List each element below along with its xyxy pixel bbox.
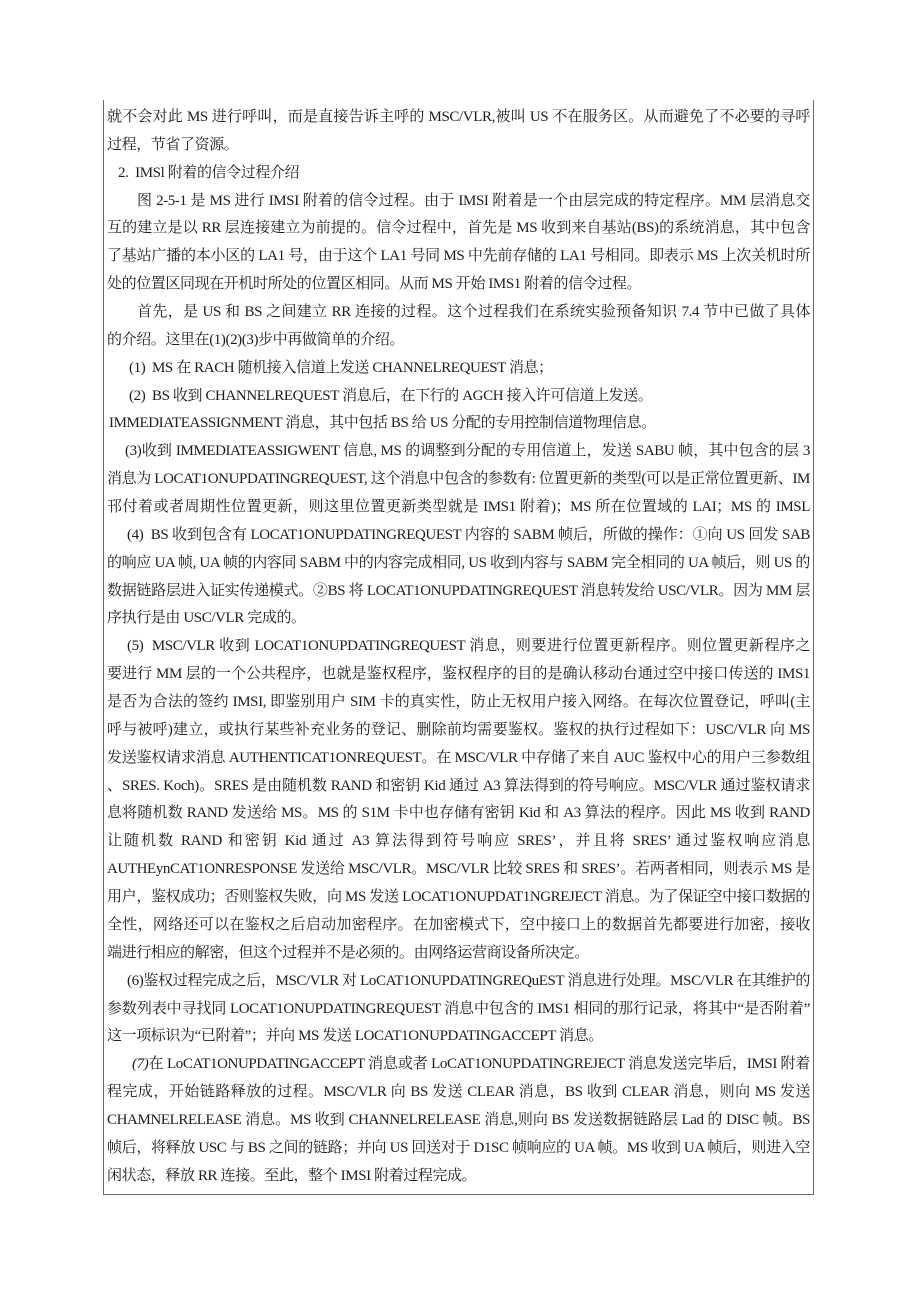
document-text: 就不会对此 MS 进行呼叫，而是直接告诉主呼的 MSC/VLR,被叫 US 不在… <box>107 104 810 1191</box>
text-line: 图 2-5-1 是 MS 进行 IMSI 附着的信令过程。由于 IMSI 附着是… <box>107 188 810 216</box>
text-line: 数据链路层进入证实传递模式。②BS 将 LOCAT1ONUPDATINGREQU… <box>107 578 810 606</box>
text-line: 发送鉴权请求消息 AUTHENTICAT1ONREQUEST。在 MSC/VLR… <box>107 745 810 773</box>
table-cell: 就不会对此 MS 进行呼叫，而是直接告诉主呼的 MSC/VLR,被叫 US 不在… <box>103 100 814 1195</box>
text-line: (1) MS 在 RACH 随机接入信道上发送 CHANNELREQUEST 消… <box>107 355 810 383</box>
text-line: 、SRES. Koch)。SRES 是由随机数 RAND 和密钥 Kid 通过 … <box>107 773 810 801</box>
text-line: 邗付着或者周期性位置更新，则这里位置更新类型就是 IMS1 附着)；MS 所在位… <box>107 494 810 522</box>
text-line: 全性，网络还可以在鉴权之后启动加密程序。在加密模式下，空中接口上的数据首先都要进… <box>107 912 810 940</box>
text-line: IMMEDIATEASSIGNMENT 消息，其中包括 BS 给 US 分配的专… <box>107 410 810 438</box>
text-line: (3)收到 IMMEDIATEASSIGWENT 信息, MS 的调整到分配的专… <box>107 438 810 466</box>
text-line: 这一项标识为“已附着”；并向 MS 发送 LOCAT1ONUPDATINGACC… <box>107 1023 810 1051</box>
text-line: 处的位置区同现在开机时所处的位置区相同。从而 MS 开始 IMS1 附着的信令过… <box>107 271 810 299</box>
text-line: 帧后，将释放 USC 与 BS 之间的链路；并向 US 回送对于 D1SC 帧响… <box>107 1135 810 1163</box>
text-line: 了基站广播的本小区的 LA1 号，由于这个 LA1 号同 MS 中先前存储的 L… <box>107 243 810 271</box>
text-line: 息将随机数 RAND 发送给 MS。MS 的 S1M 卡中也存储有密钥 Kid … <box>107 800 810 828</box>
text-line: (5) MSC/VLR 收到 LOCAT1ONUPDATINGREQUEST 消… <box>107 633 810 661</box>
text-line: 端进行相应的解密，但这个过程并不是必须的。由网络运营商设备所决定。 <box>107 940 810 968</box>
text-line: 序执行是由 USC/VLR 完成的。 <box>107 605 810 633</box>
text-line: (4) BS 收到包含有 LOCAT1ONUPDATINGREQUEST 内容的… <box>107 522 810 550</box>
text-line: 程完成，开始链路释放的过程。MSC/VLR 向 BS 发送 CLEAR 消息，B… <box>107 1079 810 1107</box>
text-line: 用户，鉴权成功；否则鉴权失败，向 MS 发送 LOCAT1ONUPDAT1NGR… <box>107 884 810 912</box>
text-line: 闲状态，释放 RR 连接。至此，整个 IMSI 附着过程完成。 <box>107 1163 810 1191</box>
text-line: CHAMNELRELEASE 消息。MS 收到 CHANNELRELEASE 消… <box>107 1107 810 1135</box>
italic-item-number: (7) <box>132 1056 148 1072</box>
text-line: 参数列表中寻找同 LOCAT1ONUPDATINGREQUEST 消息中包含的 … <box>107 996 810 1024</box>
text-line: (7)在 LoCAT1ONUPDATINGACCEPT 消息或者 LoCAT1O… <box>107 1051 810 1079</box>
text-line: (6)鉴权过程完成之后，MSC/VLR 对 LoCAT1ONUPDATINGRE… <box>107 968 810 996</box>
text-line: 就不会对此 MS 进行呼叫，而是直接告诉主呼的 MSC/VLR,被叫 US 不在… <box>107 104 810 132</box>
text-line: 的响应 UA 帧, UA 帧的内容同 SABM 中的内容完成相同, US 收到内… <box>107 550 810 578</box>
text-line: 是否为合法的签约 IMSI, 即鉴别用户 SIM 卡的真实性，防止无权用户接入网… <box>107 689 810 717</box>
text-line: 消息为 LOCAT1ONUPDATINGREQUEST, 这个消息中包含的参数有… <box>107 466 810 494</box>
text-line: 过程，节省了资源。 <box>107 132 810 160</box>
text-line: 互的建立是以 RR 层连接建立为前提的。信令过程中，首先是 MS 收到来自基站(… <box>107 215 810 243</box>
section-heading: 2. IMSl 附着的信令过程介绍 <box>107 160 810 188</box>
text-line: 要进行 MM 层的一个公共程序，也就是鉴权程序，鉴权程序的目的是确认移动台通过空… <box>107 661 810 689</box>
text-line: (2) BS 收到 CHANNELREQUEST 消息后，在下行的 AGCH 接… <box>107 383 810 411</box>
text-line: 的介绍。这里在(1)(2)(3)步中再做简单的介绍。 <box>107 327 810 355</box>
text-line: 呼与被呼)建立，或执行某些补充业务的登记、删除前均需要鉴权。鉴权的执行过程如下：… <box>107 717 810 745</box>
text-line: 让随机数 RAND 和密钥 Kid 通过 A3 算法得到符号响应 SRES’，并… <box>107 828 810 856</box>
text-line: AUTHEynCAT1ONRESPONSE 发送给 MSC/VLR。MSC/VL… <box>107 856 810 884</box>
text-line: 首先，是 US 和 BS 之间建立 RR 连接的过程。这个过程我们在系统实验预备… <box>107 299 810 327</box>
document-page: 就不会对此 MS 进行呼叫，而是直接告诉主呼的 MSC/VLR,被叫 US 不在… <box>0 0 920 1301</box>
